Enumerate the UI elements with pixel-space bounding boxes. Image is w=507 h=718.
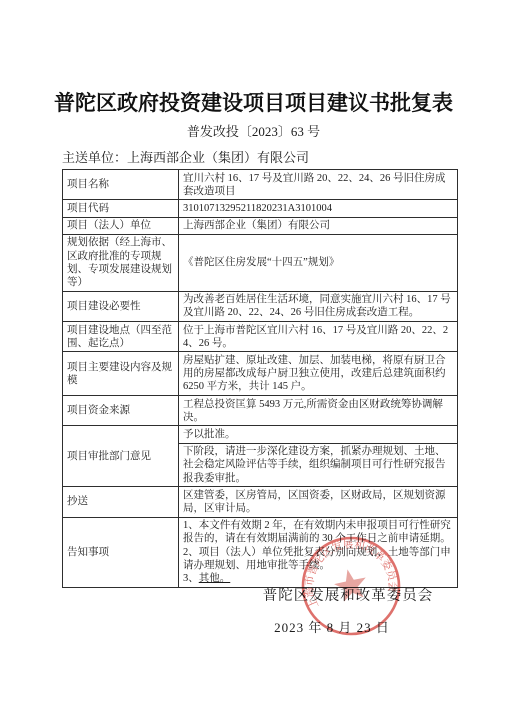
signature-date: 2023 年 8 月 23 日 — [222, 617, 442, 636]
table-row: 项目主要建设内容及规模 房屋贴扩建、原址改建、加层、加装电梯，将原有厨卫合用的房… — [63, 352, 458, 396]
table-row: 规划依据（经上海市、区政府批准的专项规划、专项发展建设规划等） 《普陀区住房发展… — [63, 234, 458, 291]
note-item-3-other: 其他。 — [199, 573, 237, 584]
document-number: 普发改投〔2023〕63 号 — [0, 124, 507, 140]
row-value-planning-basis: 《普陀区住房发展“十四五”规划》 — [179, 234, 458, 291]
row-label-project-code: 项目代码 — [63, 200, 179, 217]
table-row: 抄送 区建管委，区房管局，区国资委，区财政局，区规划资源局，区审计局。 — [63, 487, 458, 517]
recipient-label: 主送单位： — [62, 150, 127, 165]
table-row: 项目资金来源 工程总投资匡算 5493 万元,所需资金由区财政统筹协调解决。 — [63, 396, 458, 426]
note-item-3-prefix: 3、 — [183, 573, 199, 584]
table-row: 项目名称 宜川六村 16、17 号及宜川路 20、22、24、26 号旧住房成套… — [63, 170, 458, 200]
table-row: 告知事项 1、本文件有效期 2 年，在有效期内未申报项目可行性研究报告的，请在有… — [63, 517, 458, 587]
row-value-scope: 房屋贴扩建、原址改建、加层、加装电梯，将原有厨卫合用的房屋都改成每户厨卫独立使用… — [179, 352, 458, 396]
note-item-1: 1、本文件有效期 2 年，在有效期内未申报项目可行性研究报告的，请在有效期届满前… — [183, 519, 453, 545]
row-label-project-name: 项目名称 — [63, 170, 179, 200]
table-row: 项目代码 31010713295211820231A3101004 — [63, 200, 458, 217]
recipient-value: 上海西部企业（集团）有限公司 — [127, 150, 309, 165]
signature-organization: 普陀区发展和改革委员会 — [238, 584, 458, 605]
document-title: 普陀区政府投资建设项目项目建议书批复表 — [0, 0, 507, 115]
recipient-line: 主送单位：上海西部企业（集团）有限公司 — [62, 149, 507, 166]
table-row: 项目审批部门意见 予以批准。 — [63, 426, 458, 443]
row-label-necessity: 项目建设必要性 — [63, 291, 179, 321]
row-label-funding: 项目资金来源 — [63, 396, 179, 426]
row-label-scope: 项目主要建设内容及规模 — [63, 352, 179, 396]
row-label-approval-opinion: 项目审批部门意见 — [63, 426, 179, 487]
row-value-legal-entity: 上海西部企业（集团）有限公司 — [179, 217, 458, 234]
table-row: 项目建设地点（四至范围、起讫点） 位于上海市普陀区宜川六村 16、17 号及宜川… — [63, 322, 458, 352]
row-value-copy-to: 区建管委，区房管局，区国资委，区财政局，区规划资源局，区审计局。 — [179, 487, 458, 517]
row-value-project-name: 宜川六村 16、17 号及宜川路 20、22、24、26 号旧住房成套改造项目 — [179, 170, 458, 200]
row-label-location: 项目建设地点（四至范围、起讫点） — [63, 322, 179, 352]
table-row: 项目建设必要性 为改善老百姓居住生活环境，同意实施宜川六村 16、17 号及宜川… — [63, 291, 458, 321]
row-value-approval-decision: 予以批准。 — [179, 426, 458, 443]
row-value-funding: 工程总投资匡算 5493 万元,所需资金由区财政统筹协调解决。 — [179, 396, 458, 426]
row-value-necessity: 为改善老百姓居住生活环境，同意实施宜川六村 16、17 号及宜川路 20、22、… — [179, 291, 458, 321]
row-value-project-code: 31010713295211820231A3101004 — [179, 200, 458, 217]
note-item-2: 2、项目（法人）单位凭批复表分别向规划、土地等部门申请办理规划、用地审批等手续。 — [183, 546, 453, 572]
row-label-copy-to: 抄送 — [63, 487, 179, 517]
row-label-notes: 告知事项 — [63, 517, 179, 587]
row-label-planning-basis: 规划依据（经上海市、区政府批准的专项规划、专项发展建设规划等） — [63, 234, 179, 291]
row-value-approval-detail: 下阶段，请进一步深化建设方案，抓紧办理规划、土地、社会稳定风险评估等手续，组织编… — [179, 443, 458, 487]
row-label-legal-entity: 项目（法人）单位 — [63, 217, 179, 234]
row-value-notes: 1、本文件有效期 2 年，在有效期内未申报项目可行性研究报告的，请在有效期届满前… — [179, 517, 458, 587]
document-page: 普陀区政府投资建设项目项目建议书批复表 普发改投〔2023〕63 号 主送单位：… — [0, 0, 507, 718]
approval-form-table: 项目名称 宜川六村 16、17 号及宜川路 20、22、24、26 号旧住房成套… — [62, 169, 458, 588]
row-value-location: 位于上海市普陀区宜川六村 16、17 号及宜川路 20、22、24、26 号。 — [179, 322, 458, 352]
table-row: 项目（法人）单位 上海西部企业（集团）有限公司 — [63, 217, 458, 234]
